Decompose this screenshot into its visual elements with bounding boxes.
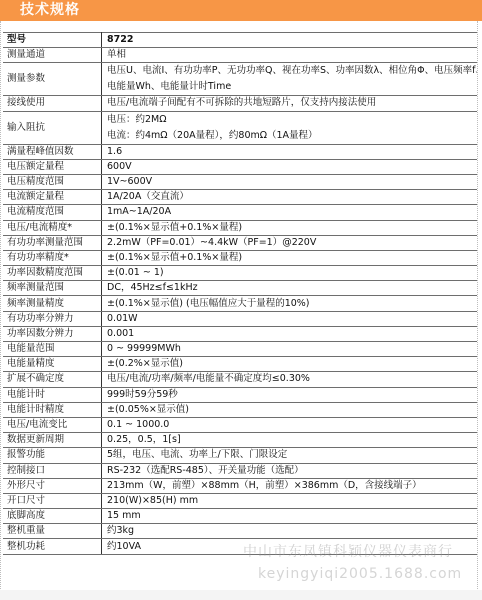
spec-key: 电压精度范围: [3, 174, 102, 189]
section-title: 技术规格: [20, 1, 80, 20]
table-row: 电压精度范围 1V~600V: [3, 174, 477, 189]
spec-value: 电压/电流/功率/频率/电能量不确定度均≤0.30%: [102, 372, 478, 387]
spec-value: 电压/电流端子间配有不可拆除的共地短路片，仅支持内接法使用: [102, 96, 478, 111]
spec-value: 2.2mW（PF=0.01）~4.4kW（PF=1）@220V: [102, 235, 478, 250]
spec-key: 电能量范围: [3, 342, 102, 357]
table-row: 测量参数 电压U、电流I、有功功率P、无功功率Q、视在功率S、功率因数λ、相位角…: [3, 63, 477, 96]
spec-value: 单相: [102, 48, 478, 63]
spec-value: ±(0.01 ~ 1): [102, 266, 478, 281]
footer-strip: [0, 590, 482, 600]
table-row: 电能计时 999时59分59秒: [3, 387, 477, 402]
spec-key: 电能计时: [3, 387, 102, 402]
spec-key: 功率因数分辨力: [3, 326, 102, 341]
spec-key: 频率测量精度: [3, 296, 102, 311]
table-row: 电压/电流变比 0.1 ~ 1000.0: [3, 417, 477, 432]
spec-key: 功率因数精度范围: [3, 266, 102, 281]
spec-key: 型号: [3, 33, 102, 48]
page-left-border: [0, 21, 2, 591]
table-row: 有功功率精度* ±(0.1%×显示值+0.1%×量程): [3, 250, 477, 265]
spec-key: 数据更新周期: [3, 433, 102, 448]
spec-key: 有功功率测量范围: [3, 235, 102, 250]
table-row: 型号 8722: [3, 33, 477, 48]
watermark-url: keyingyiqi2005.1688.com: [258, 566, 462, 582]
table-row: 接线使用 电压/电流端子间配有不可拆除的共地短路片，仅支持内接法使用: [3, 96, 477, 111]
spec-key: 整机功耗: [3, 539, 102, 554]
spec-value: 5组，电压、电流、功率上/下限、门限设定: [102, 448, 478, 463]
table-row: 整机重量 约3kg: [3, 524, 477, 539]
spec-value: 电压：约2MΩ 电流：约4mΩ（20A量程），约80mΩ（1A量程）: [102, 111, 478, 144]
spec-key: 测量通道: [3, 48, 102, 63]
table-row: 控制接口 RS-232（选配RS-485）、开关量功能（选配）: [3, 463, 477, 478]
spec-key: 电流精度范围: [3, 205, 102, 220]
spec-key: 控制接口: [3, 463, 102, 478]
table-row: 扩展不确定度 电压/电流/功率/频率/电能量不确定度均≤0.30%: [3, 372, 477, 387]
table-row: 有功功率测量范围 2.2mW（PF=0.01）~4.4kW（PF=1）@220V: [3, 235, 477, 250]
spec-key: 底脚高度: [3, 509, 102, 524]
spec-value-line: 电压：约2MΩ: [107, 112, 473, 128]
spec-value: 0.1 ~ 1000.0: [102, 417, 478, 432]
spec-value: 8722: [102, 33, 478, 48]
spec-value: 1.6: [102, 144, 478, 159]
spec-table: 型号 8722 测量通道 单相 测量参数 电压U、电流I、有功功率P、无功功率Q…: [3, 32, 477, 555]
spec-value: ±(0.2%×显示值): [102, 357, 478, 372]
table-row: 电流额定量程 1A/20A（交直流）: [3, 190, 477, 205]
table-row: 报警功能 5组，电压、电流、功率上/下限、门限设定: [3, 448, 477, 463]
spec-value: 1V~600V: [102, 174, 478, 189]
table-row: 数据更新周期 0.25，0.5，1[s]: [3, 433, 477, 448]
spec-value-line: 电压U、电流I、有功功率P、无功功率Q、视在功率S、功率因数λ、相位角Φ、电压频…: [107, 63, 473, 79]
section-header-banner: 技术规格: [0, 0, 482, 21]
spec-key: 电压/电流精度*: [3, 220, 102, 235]
spec-value: 600V: [102, 159, 478, 174]
table-row: 输入阻抗 电压：约2MΩ 电流：约4mΩ（20A量程），约80mΩ（1A量程）: [3, 111, 477, 144]
table-row: 电流精度范围 1mA~1A/20A: [3, 205, 477, 220]
spec-value-line: 电流：约4mΩ（20A量程），约80mΩ（1A量程）: [107, 128, 473, 144]
spec-key: 电能计时精度: [3, 402, 102, 417]
table-row: 功率因数精度范围 ±(0.01 ~ 1): [3, 266, 477, 281]
spec-key: 有功功率分辨力: [3, 311, 102, 326]
table-row: 有功功率分辨力 0.01W: [3, 311, 477, 326]
spec-key: 外形尺寸: [3, 478, 102, 493]
table-row: 外形尺寸 213mm（W，前塑）×88mm（H，前塑）×386mm（D，含接线端…: [3, 478, 477, 493]
table-row: 功率因数分辨力 0.001: [3, 326, 477, 341]
spec-value: 0 ~ 99999MWh: [102, 342, 478, 357]
page-right-border: [477, 21, 479, 591]
spec-value: 0.25，0.5，1[s]: [102, 433, 478, 448]
table-row: 电能量范围 0 ~ 99999MWh: [3, 342, 477, 357]
spec-key: 开口尺寸: [3, 493, 102, 508]
spec-key: 电流额定量程: [3, 190, 102, 205]
table-row: 电能计时精度 ±(0.05%×显示值): [3, 402, 477, 417]
spec-key: 有功功率精度*: [3, 250, 102, 265]
spec-key: 扩展不确定度: [3, 372, 102, 387]
spec-value: RS-232（选配RS-485）、开关量功能（选配）: [102, 463, 478, 478]
spec-value: 0.001: [102, 326, 478, 341]
spec-key: 电能量精度: [3, 357, 102, 372]
spec-key: 整机重量: [3, 524, 102, 539]
table-row: 测量通道 单相: [3, 48, 477, 63]
spec-key: 频率测量范围: [3, 281, 102, 296]
table-row: 频率测量精度 ±(0.1%×显示值) (电压幅值应大于量程的10%): [3, 296, 477, 311]
table-row: 电压/电流精度* ±(0.1%×显示值+0.1%×量程): [3, 220, 477, 235]
spec-key: 测量参数: [3, 63, 102, 96]
table-row: 电压额定量程 600V: [3, 159, 477, 174]
spec-value: ±(0.1%×显示值) (电压幅值应大于量程的10%): [102, 296, 478, 311]
spec-value: ±(0.1%×显示值+0.1%×量程): [102, 250, 478, 265]
spec-value-line: 电能量Wh、电能量计时Time: [107, 79, 473, 95]
table-row: 开口尺寸 210(W)×85(H) mm: [3, 493, 477, 508]
table-row: 频率测量范围 DC，45Hz≤f≤1kHz: [3, 281, 477, 296]
spec-key: 电压额定量程: [3, 159, 102, 174]
spec-value: 1A/20A（交直流）: [102, 190, 478, 205]
spec-value: 15 mm: [102, 509, 478, 524]
spec-value: ±(0.1%×显示值+0.1%×量程): [102, 220, 478, 235]
spec-key: 满量程峰值因数: [3, 144, 102, 159]
spec-key: 接线使用: [3, 96, 102, 111]
table-row: 底脚高度 15 mm: [3, 509, 477, 524]
spec-value: 约3kg: [102, 524, 478, 539]
watermark-company: 中山市东凤镇科颖仪器仪表商行: [243, 541, 453, 561]
spec-value: ±(0.05%×显示值): [102, 402, 478, 417]
table-row: 电能量精度 ±(0.2%×显示值): [3, 357, 477, 372]
spec-value: 电压U、电流I、有功功率P、无功功率Q、视在功率S、功率因数λ、相位角Φ、电压频…: [102, 63, 478, 96]
spec-value: 999时59分59秒: [102, 387, 478, 402]
spec-value: 0.01W: [102, 311, 478, 326]
spec-key: 输入阻抗: [3, 111, 102, 144]
spec-value: DC，45Hz≤f≤1kHz: [102, 281, 478, 296]
spec-value: 210(W)×85(H) mm: [102, 493, 478, 508]
table-row: 满量程峰值因数 1.6: [3, 144, 477, 159]
spec-value: 213mm（W，前塑）×88mm（H，前塑）×386mm（D，含接线端子）: [102, 478, 478, 493]
spec-key: 报警功能: [3, 448, 102, 463]
spec-value: 1mA~1A/20A: [102, 205, 478, 220]
spec-key: 电压/电流变比: [3, 417, 102, 432]
